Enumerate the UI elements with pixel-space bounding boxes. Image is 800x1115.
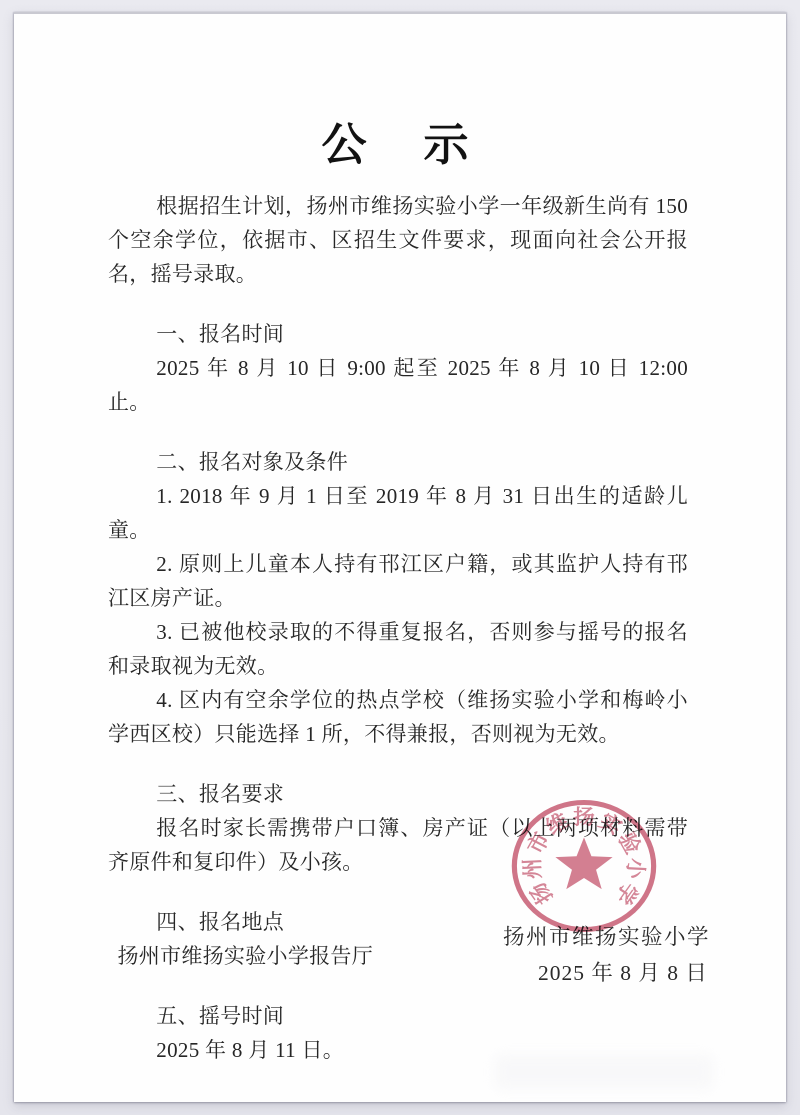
section-heading: 二、报名对象及条件 [108,445,688,479]
section-eligibility: 二、报名对象及条件 1. 2018 年 9 月 1 日至 2019 年 8 月 … [108,445,688,751]
body-line: 1. 2018 年 9 月 1 日至 2019 年 8 月 31 日出生的适龄儿… [108,479,688,547]
section-signup-time: 一、报名时间 2025 年 8 月 10 日 9:00 起至 2025 年 8 … [108,317,688,419]
photo-background: 公 示 根据招生计划，扬州市维扬实验小学一年级新生尚有 150 个空余学位，依据… [0,0,800,1115]
section-heading: 一、报名时间 [108,317,688,351]
notice-title: 公 示 [108,108,688,173]
section-heading: 三、报名要求 [108,777,688,811]
section-requirements: 三、报名要求 报名时家长需携带户口簿、房产证（以上两项材料需带齐原件和复印件）及… [108,777,688,879]
body-line: 2025 年 8 月 10 日 9:00 起至 2025 年 8 月 10 日 … [108,351,688,419]
intro-paragraph: 根据招生计划，扬州市维扬实验小学一年级新生尚有 150 个空余学位，依据市、区招… [108,189,688,291]
signature-date: 2025 年 8 月 8 日 [538,956,708,987]
body-line: 4. 区内有空余学位的热点学校（维扬实验小学和梅岭小学西区校）只能选择 1 所，… [108,683,688,751]
faint-watermark [494,1054,714,1090]
signature-organization: 扬州市维扬实验小学 [503,920,710,951]
body-line: 报名时家长需携带户口簿、房产证（以上两项材料需带齐原件和复印件）及小孩。 [108,811,688,879]
notice-paper: 公 示 根据招生计划，扬州市维扬实验小学一年级新生尚有 150 个空余学位，依据… [14,12,786,1102]
body-line: 2. 原则上儿童本人持有邗江区户籍，或其监护人持有邗江区房产证。 [108,547,688,615]
section-heading: 五、摇号时间 [108,999,688,1033]
body-line: 3. 已被他校录取的不得重复报名，否则参与摇号的报名和录取视为无效。 [108,615,688,683]
